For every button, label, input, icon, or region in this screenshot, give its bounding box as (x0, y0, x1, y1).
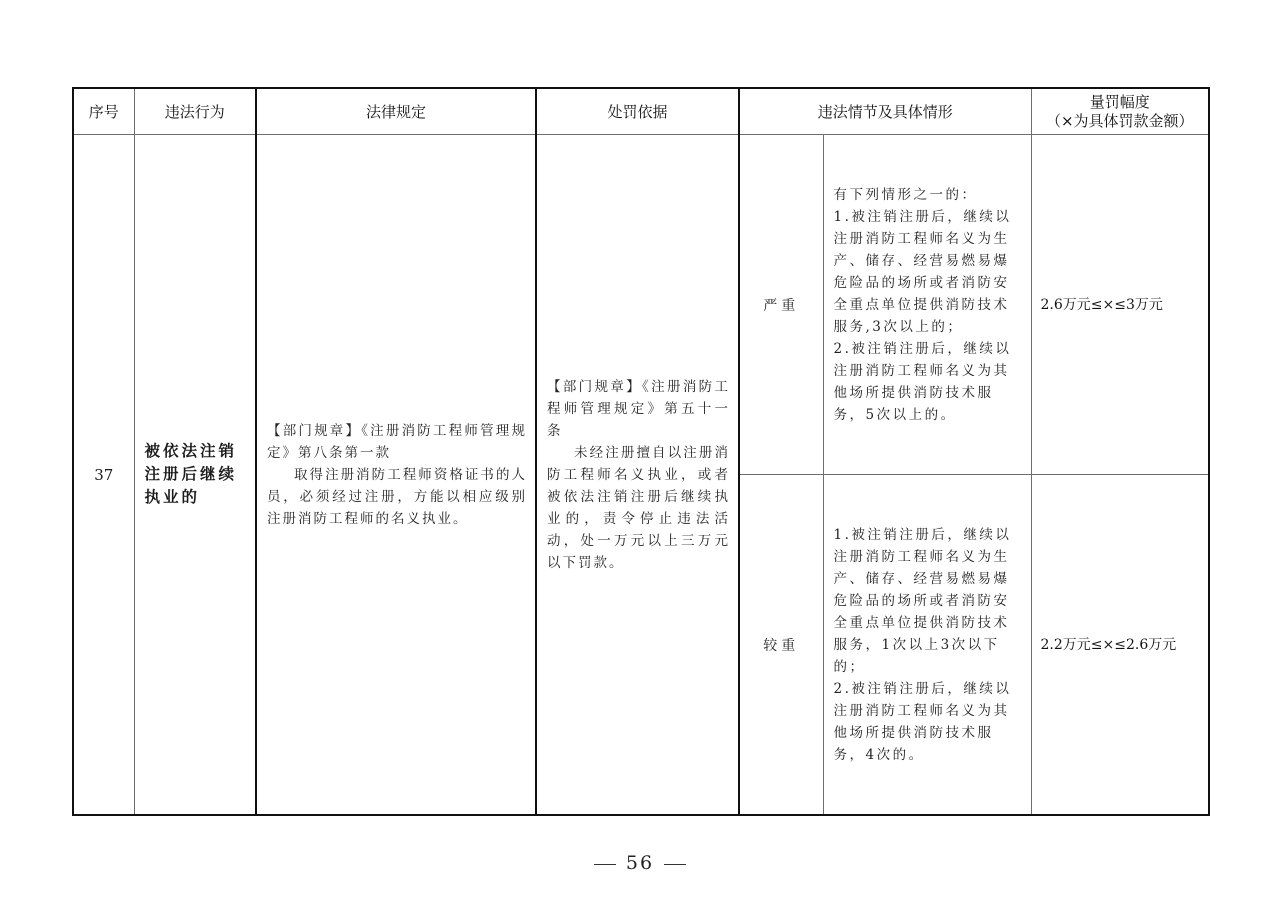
detail-line: 有下列情形之一的： (834, 184, 1025, 206)
row-penalty-basis: 【部门规章】《注册消防工程师管理规定》第五十一条 未经注册擅自以注册消防工程师名… (536, 135, 739, 816)
detail-line: 2.被注销注册后，继续以注册消防工程师名义为其他场所提供消防技术服务，4次的。 (834, 678, 1025, 766)
page-number: 56 (626, 852, 654, 874)
penalty-basis-body: 未经注册擅自以注册消防工程师名义执业，或者被依法注销注册后继续执业的，责令停止违… (547, 442, 730, 574)
footer-dash-left (594, 864, 616, 865)
detail-line: 1.被注销注册后，继续以注册消防工程师名义为生产、储存、经营易燃易爆危险品的场所… (834, 524, 1025, 678)
header-range-subtitle: （×为具体罚款金额） (1032, 112, 1209, 131)
severity-detail: 1.被注销注册后，继续以注册消防工程师名义为生产、储存、经营易燃易爆危险品的场所… (823, 475, 1031, 816)
header-seq: 序号 (73, 88, 134, 135)
penalty-range: 2.2万元≤×≤2.6万元 (1031, 475, 1209, 816)
legal-provision-source: 【部门规章】《注册消防工程师管理规定》第八条第一款 (267, 420, 527, 464)
detail-line: 1.被注销注册后，继续以注册消防工程师名义为生产、储存、经营易燃易爆危险品的场所… (834, 206, 1025, 338)
row-legal-provision: 【部门规章】《注册消防工程师管理规定》第八条第一款 取得注册消防工程师资格证书的… (256, 135, 536, 816)
header-penalty-basis: 处罚依据 (536, 88, 739, 135)
severity-detail: 有下列情形之一的： 1.被注销注册后，继续以注册消防工程师名义为生产、储存、经营… (823, 135, 1031, 475)
penalty-standards-table: 序号 违法行为 法律规定 处罚依据 违法情节及具体情形 量罚幅度 （×为具体罚款… (72, 87, 1210, 816)
header-range-title: 量罚幅度 (1032, 93, 1209, 112)
footer-dash-right (664, 864, 686, 865)
header-row: 序号 违法行为 法律规定 处罚依据 违法情节及具体情形 量罚幅度 （×为具体罚款… (73, 88, 1209, 135)
legal-provision-body: 取得注册消防工程师资格证书的人员，必须经过注册，方能以相应级别注册消防工程师的名… (267, 464, 527, 530)
severity-label: 较重 (739, 475, 823, 816)
header-legal-provision: 法律规定 (256, 88, 536, 135)
header-violation: 违法行为 (134, 88, 256, 135)
page-footer: 56 (0, 852, 1280, 874)
table-row: 37 被依法注销注册后继续执业的 【部门规章】《注册消防工程师管理规定》第八条第… (73, 135, 1209, 475)
penalty-basis-source: 【部门规章】《注册消防工程师管理规定》第五十一条 (547, 376, 730, 442)
penalty-range: 2.6万元≤×≤3万元 (1031, 135, 1209, 475)
severity-label: 严重 (739, 135, 823, 475)
document-page: 序号 违法行为 法律规定 处罚依据 违法情节及具体情形 量罚幅度 （×为具体罚款… (0, 0, 1280, 905)
row-seq: 37 (73, 135, 134, 816)
row-violation: 被依法注销注册后继续执业的 (134, 135, 256, 816)
detail-line: 2.被注销注册后，继续以注册消防工程师名义为其他场所提供消防技术服务，5次以上的… (834, 338, 1025, 426)
header-circumstances: 违法情节及具体情形 (739, 88, 1031, 135)
header-penalty-range: 量罚幅度 （×为具体罚款金额） (1031, 88, 1209, 135)
